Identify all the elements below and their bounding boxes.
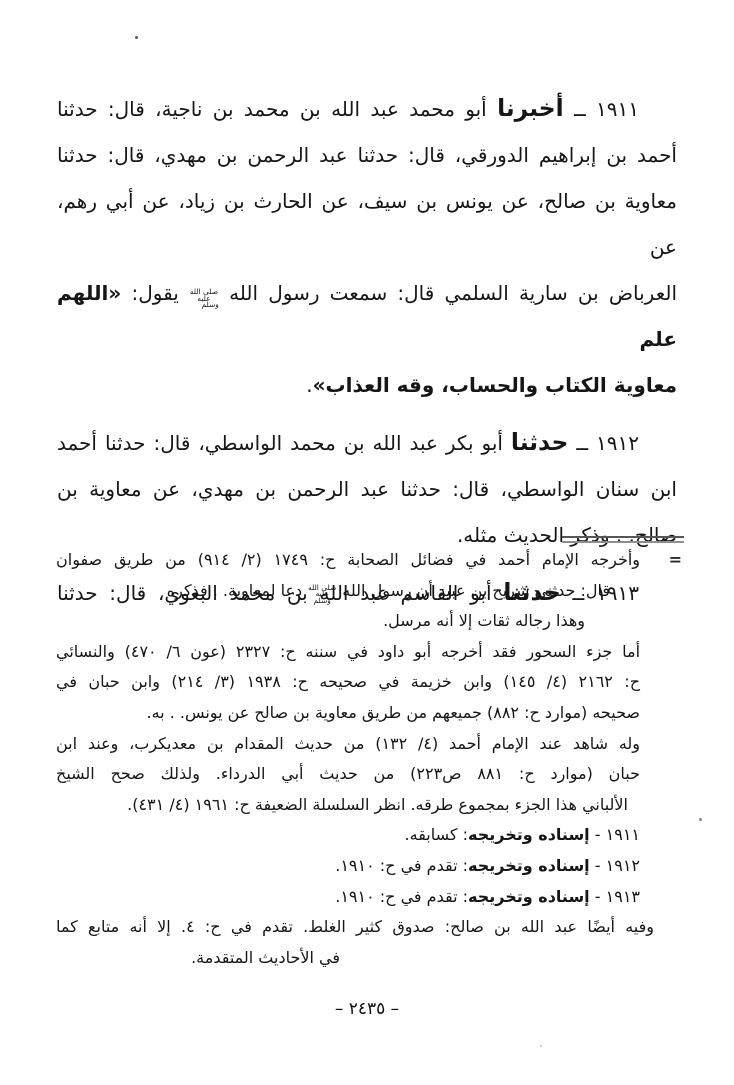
text-segment: وفيه أيضًا عبد الله بن صالح: صدوق كثير ا… — [56, 917, 654, 936]
prophet-salutation-symbol: صلى الله عليه وسلم — [189, 289, 219, 309]
text-segment: دعا لمعاوية. . فذكره — [167, 581, 307, 600]
text-segment: ١٩١٢ ــ — [568, 431, 639, 455]
text-segment: ابن سنان الواسطي، قال: حدثنا عبد الرحمن … — [57, 477, 677, 501]
text-line: وفيه أيضًا عبد الله بن صالح: صدوق كثير ا… — [56, 912, 654, 943]
text-segment: وهذا رجاله ثقات إلا أنه مرسل. — [383, 611, 585, 630]
text-line: ح: ٢١٦٢ (٤/ ١٤٥) وابن خزيمة في صحيحه ح: … — [56, 667, 640, 698]
text-line: أحمد بن إبراهيم الدورقي، قال: حدثنا عبد … — [57, 132, 677, 178]
text-line: الألباني هذا الجزء بمجموع طرقه. انظر الس… — [56, 790, 640, 821]
text-segment: : تقدم في ح: ١٩١٠. — [335, 856, 468, 875]
text-line: العرباض بن سارية السلمي قال: سمعت رسول ا… — [57, 270, 677, 362]
text-line: ١٩١٢ - إسناده وتخريجه: تقدم في ح: ١٩١٠. — [56, 851, 640, 882]
text-segment: ١٩١٢ - — [590, 856, 640, 875]
prophet-salutation-symbol: صلى الله عليه وسلم — [307, 585, 337, 605]
text-line: صحيحه (موارد ح: ٨٨٢) جميعهم من طريق معاو… — [56, 698, 640, 729]
hadith-headword: حدثنا — [511, 428, 568, 456]
text-line: معاوية الكتاب والحساب، وقه العذاب». — [57, 362, 677, 408]
text-line: حبان (موارد ح: ٨٨١ ص٢٢٣) من حديث أبي الد… — [56, 759, 640, 790]
text-segment: أما جزء السحور فقد أخرجه أبو داود في سنن… — [56, 642, 640, 661]
text-segment: حبان (موارد ح: ٨٨١ ص٢٢٣) من حديث أبي الد… — [56, 764, 640, 783]
book-page: ١٩١١ ــ أخبرنا أبو محمد عبد الله بن محمد… — [0, 0, 734, 1085]
text-segment: يقول: — [121, 281, 189, 305]
text-line: وهذا رجاله ثقات إلا أنه مرسل. — [56, 606, 640, 637]
page-number: – ٢٤٣٥ – — [0, 999, 734, 1019]
footnote-continuation-mark: = — [669, 550, 682, 569]
text-segment: إسناده وتخريجه — [468, 825, 590, 844]
text-line: وله شاهد عند الإمام أحمد (٤/ ١٣٢) من حدي… — [56, 729, 640, 760]
text-line: معاوية بن صالح، عن يونس بن سيف، عن الحار… — [57, 178, 677, 270]
text-segment: إسناده وتخريجه — [468, 856, 590, 875]
text-segment: أبو بكر عبد الله بن محمد الواسطي، قال: ح… — [57, 431, 511, 455]
text-segment: أبو محمد عبد الله بن محمد بن ناجية، قال:… — [57, 97, 497, 121]
text-segment: ١٩١١ - — [590, 825, 640, 844]
text-segment: قال: حدثني شريح بن عبيد أن رسول الله — [337, 581, 610, 600]
text-segment: ١٩١٣ - — [590, 887, 640, 906]
text-segment: معاوية الكتاب والحساب، وقه العذاب» — [313, 373, 677, 397]
text-segment: صالح. . وذكر الحديث مثله. — [457, 523, 677, 547]
text-line: ١٩١٣ - إسناده وتخريجه: تقدم في ح: ١٩١٠. — [56, 882, 640, 913]
text-segment: ح: ٢١٦٢ (٤/ ١٤٥) وابن خزيمة في صحيحه ح: … — [56, 672, 640, 691]
text-segment: أحمد بن إبراهيم الدورقي، قال: حدثنا عبد … — [57, 143, 677, 167]
text-segment: معاوية بن صالح، عن يونس بن سيف، عن الحار… — [51, 189, 677, 259]
footnotes-block: وأخرجه الإمام أحمد في فضائل الصحابة ح: ١… — [56, 545, 640, 973]
scan-speck — [540, 1045, 542, 1047]
text-line: وأخرجه الإمام أحمد في فضائل الصحابة ح: ١… — [56, 545, 640, 576]
text-segment: في الأحاديث المتقدمة. — [191, 948, 340, 967]
text-segment: وأخرجه الإمام أحمد في فضائل الصحابة ح: ١… — [56, 550, 640, 569]
text-segment: الألباني هذا الجزء بمجموع طرقه. انظر الس… — [127, 795, 628, 814]
text-line: قال: حدثني شريح بن عبيد أن رسول الله صلى… — [56, 576, 640, 607]
text-segment: صحيحه (موارد ح: ٨٨٢) جميعهم من طريق معاو… — [146, 703, 640, 722]
scan-speck — [699, 818, 702, 821]
text-line: ١٩١٢ ــ حدثنا أبو بكر عبد الله بن محمد ا… — [57, 419, 677, 466]
text-line: ١٩١١ - إسناده وتخريجه: كسابقه. — [56, 820, 640, 851]
text-segment: ١٩١١ ــ — [564, 97, 639, 121]
hadith-paragraph-1911: ١٩١١ ــ أخبرنا أبو محمد عبد الله بن محمد… — [57, 85, 677, 408]
footnote-separator — [562, 536, 684, 543]
text-line: أما جزء السحور فقد أخرجه أبو داود في سنن… — [56, 637, 640, 668]
text-segment: : كسابقه. — [405, 825, 468, 844]
text-line: ابن سنان الواسطي، قال: حدثنا عبد الرحمن … — [57, 466, 677, 512]
scan-speck — [135, 36, 138, 39]
text-segment: : تقدم في ح: ١٩١٠. — [335, 887, 468, 906]
text-line: في الأحاديث المتقدمة. — [56, 943, 640, 974]
hadith-headword: أخبرنا — [497, 94, 564, 122]
text-segment: العرباض بن سارية السلمي قال: سمعت رسول ا… — [219, 281, 677, 305]
text-segment: وله شاهد عند الإمام أحمد (٤/ ١٣٢) من حدي… — [56, 734, 640, 753]
text-line: ١٩١١ ــ أخبرنا أبو محمد عبد الله بن محمد… — [57, 85, 677, 132]
text-segment: إسناده وتخريجه — [468, 887, 590, 906]
